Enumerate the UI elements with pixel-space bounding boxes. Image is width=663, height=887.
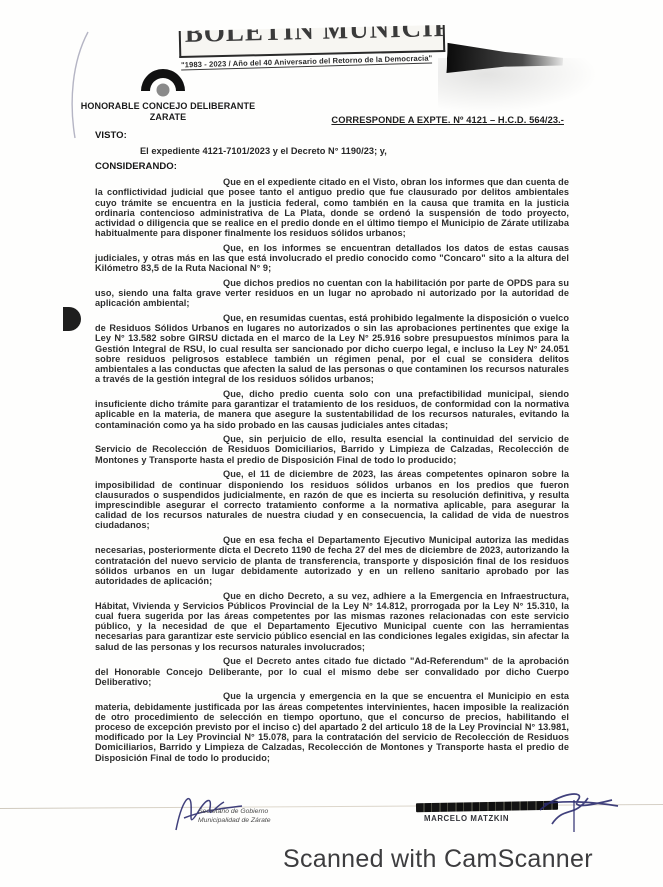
bulletin-banner: BOLETIN MUNICIPAL bbox=[179, 25, 446, 58]
signature-right-name: MARCELO MATZKIN bbox=[424, 814, 509, 823]
signature-caption-left: Secretario de Gobierno Municipalidad de … bbox=[198, 808, 310, 825]
considerando-paragraph: Que en dicho Decreto, a su vez, adhiere … bbox=[95, 591, 569, 652]
considerando-paragraph: Que en el expediente citado en el Visto,… bbox=[95, 177, 569, 238]
signature-left-title: Secretario de Gobierno bbox=[198, 808, 310, 817]
considerando-paragraph: Que, sin perjuicio de ello, resulta esen… bbox=[95, 434, 569, 465]
expediente-reference: CORRESPONDE A EXPTE. Nº 4121 – H.C.D. 56… bbox=[331, 115, 564, 125]
considerando-paragraph: Que el Decreto antes citado fue dictado … bbox=[95, 656, 569, 687]
signature-block-left: Secretario de Gobierno Municipalidad de … bbox=[170, 792, 310, 825]
bulletin-banner-title: BOLETIN MUNICIPAL bbox=[184, 25, 445, 49]
org-name-line1: HONORABLE CONCEJO DELIBERANTE bbox=[78, 101, 258, 112]
considerando-label: CONSIDERANDO: bbox=[95, 162, 569, 172]
scanned-document-page: BOLETIN MUNICIPAL "1983 - 2023 / Año del… bbox=[0, 0, 663, 887]
handwritten-signature-right bbox=[534, 784, 624, 836]
hole-punch-mark bbox=[63, 307, 81, 331]
page-edge-curve-artifact bbox=[58, 28, 98, 143]
considerando-paragraph: Que en esa fecha el Departamento Ejecuti… bbox=[95, 535, 569, 586]
concejo-deliberante-logo bbox=[138, 57, 188, 101]
org-name-line2: ZARATE bbox=[78, 112, 258, 123]
considerando-paragraph: Que, dicho predio cuenta solo con una pr… bbox=[95, 389, 569, 430]
visto-label: VISTO: bbox=[95, 131, 569, 141]
considerando-paragraph: Que, el 11 de diciembre de 2023, las áre… bbox=[95, 469, 569, 530]
org-name-block: HONORABLE CONCEJO DELIBERANTE ZARATE bbox=[78, 101, 258, 123]
signature-left-org: Municipalidad de Zárate bbox=[198, 817, 310, 826]
visto-text: El expediente 4121-7101/2023 y el Decret… bbox=[140, 146, 569, 156]
document-body: VISTO: El expediente 4121-7101/2023 y el… bbox=[95, 131, 569, 763]
considerando-paragraph: Que, en los informes se encuentran detal… bbox=[95, 243, 569, 274]
camscanner-watermark: Scanned with CamScanner bbox=[283, 845, 593, 874]
considerando-paragraph: Que dichos predios no cuentan con la hab… bbox=[95, 278, 569, 309]
considerando-paragraph: Que la urgencia y emergencia en la que s… bbox=[95, 691, 569, 762]
considerando-paragraph: Que, en resumidas cuentas, está prohibid… bbox=[95, 313, 569, 384]
